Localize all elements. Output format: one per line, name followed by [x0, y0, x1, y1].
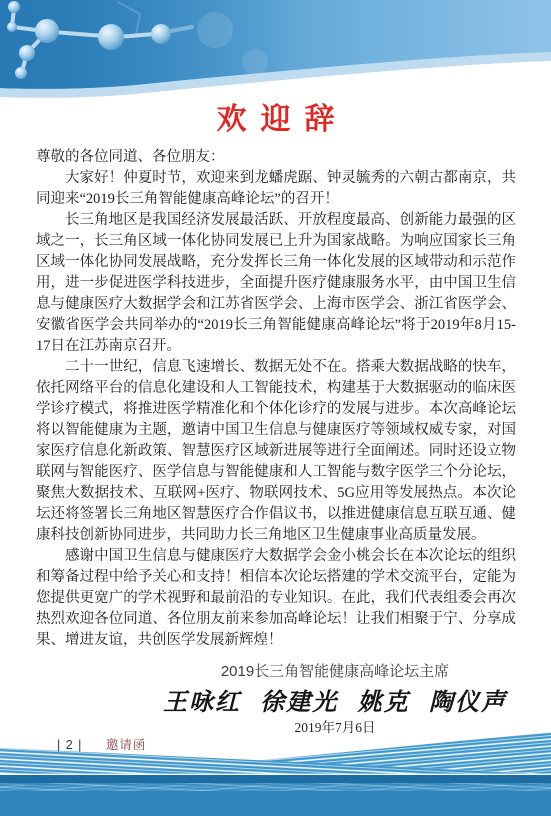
footer-meta: | 2 | 邀请函 [57, 738, 146, 752]
paragraph-3: 二十一世纪，信息飞速增长、数据无处不在。搭乘大数据战略的快车，依托网络平台的信息… [36, 357, 516, 546]
page-title: 欢迎辞 [0, 94, 551, 138]
signatures: 王咏红 徐建光 姚克 陶仪声 [150, 682, 520, 717]
letter-body: 尊敬的各位同道、各位朋友： 大家好！仲夏时节，欢迎来到龙蟠虎踞、钟灵毓秀的六朝古… [36, 147, 516, 651]
paragraph-4: 感谢中国卫生信息与健康医疗大数据学会金小桃会长在本次论坛的组织和筹备过程中给予关… [36, 546, 516, 651]
page-number: | 2 | [57, 738, 82, 752]
section-label: 邀请函 [106, 738, 147, 752]
wave-dark-bar [0, 775, 551, 783]
paragraph-2: 长三角地区是我国经济发展最活跃、开放程度最高、创新能力最强的区域之一，长三角区域… [36, 210, 516, 357]
invitation-letter-page: 欢迎辞 尊敬的各位同道、各位朋友： 大家好！仲夏时节，欢迎来到龙蟠虎踞、钟灵毓秀… [0, 0, 551, 816]
salutation: 尊敬的各位同道、各位朋友： [36, 147, 516, 168]
signoff-role: 2019长三角智能健康高峰论坛主席 [170, 660, 500, 681]
paragraph-1: 大家好！仲夏时节，欢迎来到龙蟠虎踞、钟灵毓秀的六朝古都南京，共同迎来“2019长… [36, 168, 516, 210]
